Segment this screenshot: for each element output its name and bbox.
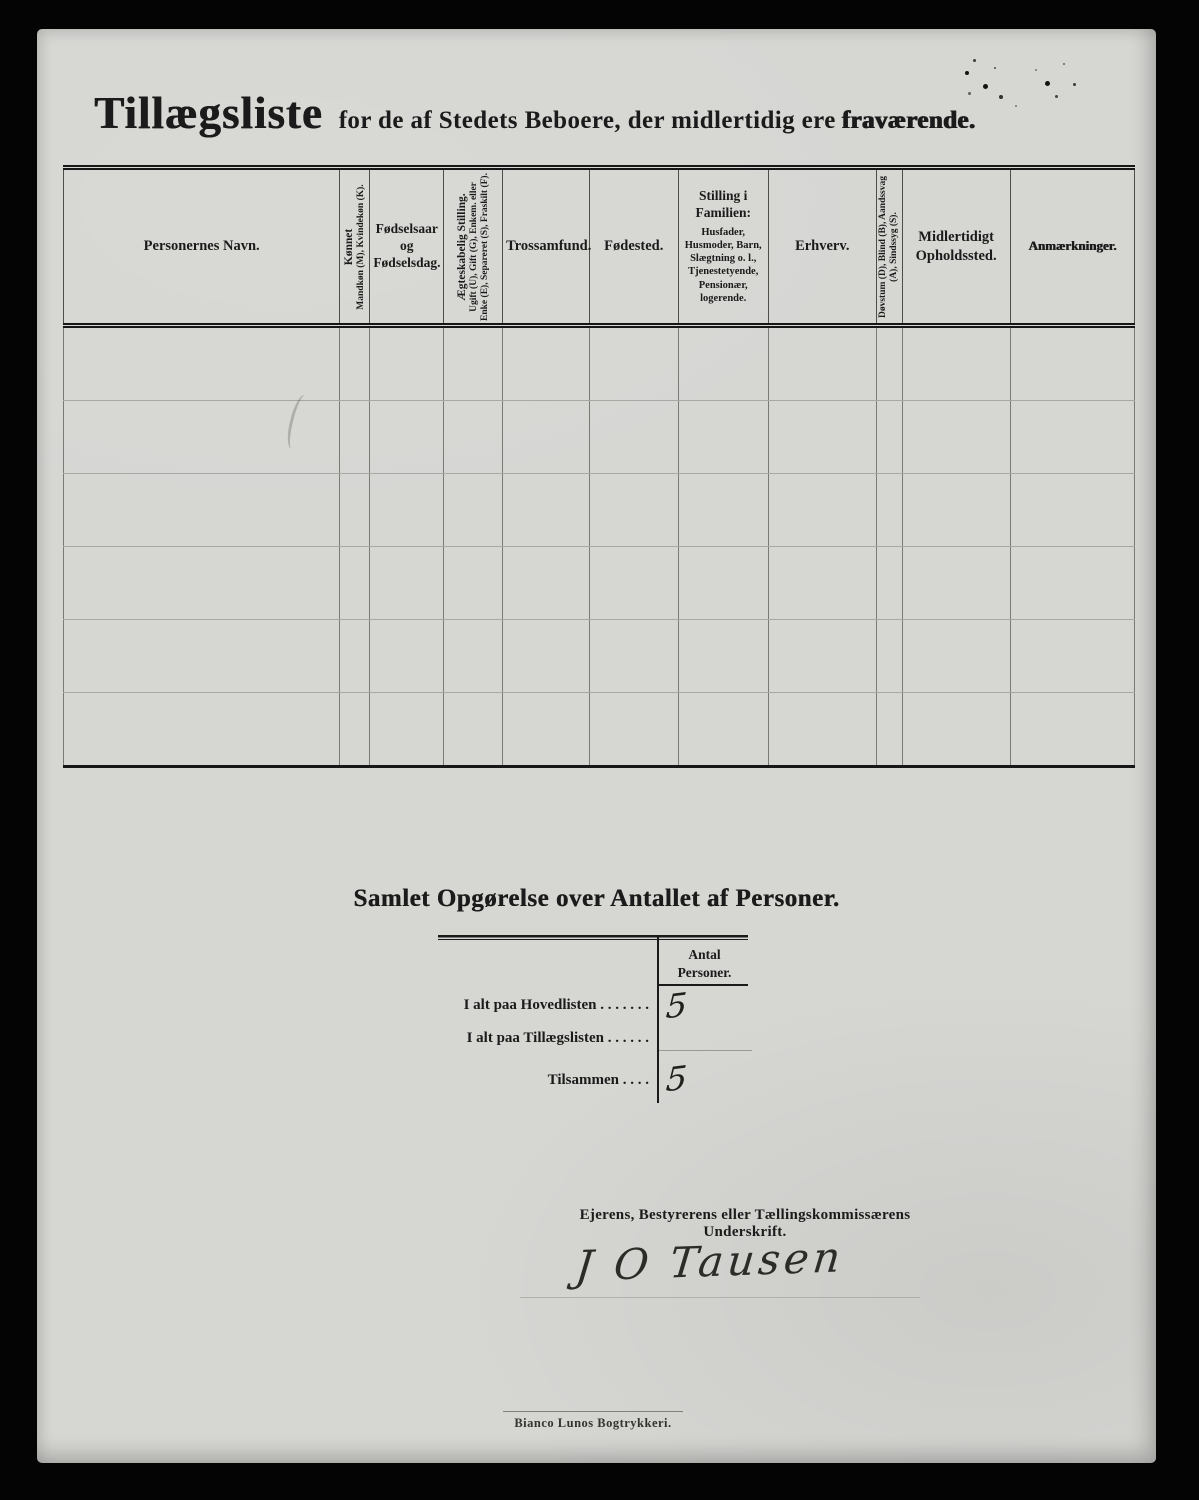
empty-cell: [768, 620, 876, 693]
empty-cell: [444, 620, 503, 693]
empty-cell: [678, 693, 768, 767]
empty-cell: [370, 547, 444, 620]
column-header-koennet: Kønnet Mandkøn (M), Kvindekøn (K).: [340, 168, 370, 326]
column-header-foedselsaar: Fødselsaar og Fødselsdag.: [370, 168, 444, 326]
empty-cell: [503, 547, 590, 620]
summary-thin-rule: [659, 1050, 752, 1051]
empty-cell: [340, 693, 370, 767]
empty-cell: [503, 620, 590, 693]
ink-spot: [983, 84, 988, 89]
scanned-form-page: Tillægsliste for de af Stedets Beboere, …: [37, 29, 1156, 1463]
handwritten-value-tilsammen: 5: [665, 1058, 689, 1099]
empty-cell: [768, 693, 876, 767]
empty-cell: [64, 547, 340, 620]
title-subtitle: for de af Stedets Beboere, der midlertid…: [339, 107, 976, 135]
column-label: Fødselsaar og Fødselsdag.: [373, 221, 440, 272]
summary-table: Antal Personer. I alt paa Hovedlisten . …: [438, 935, 748, 1103]
empty-cell: [902, 693, 1010, 767]
imprint-rule: [503, 1411, 683, 1412]
ink-spot: [1045, 81, 1050, 86]
empty-cell: [503, 693, 590, 767]
column-label: Trossamfund.: [506, 237, 586, 255]
empty-cell: [876, 326, 902, 401]
summary-count-header: Antal Personer.: [661, 946, 748, 982]
empty-cell: [902, 620, 1010, 693]
column-header-erhverv: Erhverv.: [768, 168, 876, 326]
empty-cell: [503, 326, 590, 401]
empty-cell: [1010, 326, 1134, 401]
table-empty-row: [64, 547, 1135, 620]
table-empty-row: [64, 326, 1135, 401]
column-header-aegteskabelig-stilling: Ægteskabelig Stilling. Ugift (U), Gift (…: [444, 168, 503, 326]
empty-cell: [589, 547, 678, 620]
empty-cell: [589, 474, 678, 547]
ink-spot: [1063, 63, 1065, 65]
column-header-stilling-i-familien: Stilling i Familien: Husfader, Husmoder,…: [678, 168, 768, 326]
empty-cell: [589, 620, 678, 693]
empty-cell: [902, 547, 1010, 620]
empty-cell: [902, 401, 1010, 474]
empty-cell: [1010, 474, 1134, 547]
empty-cell: [370, 474, 444, 547]
empty-cell: [444, 547, 503, 620]
empty-cell: [902, 474, 1010, 547]
table-empty-row: [64, 693, 1135, 767]
empty-cell: [503, 401, 590, 474]
title-emphasis: fraværende.: [842, 107, 976, 134]
table-empty-row: [64, 401, 1135, 474]
ink-spot: [994, 67, 996, 69]
empty-cell: [370, 326, 444, 401]
empty-cell: [768, 401, 876, 474]
empty-cell: [64, 326, 340, 401]
empty-cell: [678, 474, 768, 547]
column-header-midlertidigt-opholdssted: Midlertidigt Opholdssted.: [902, 168, 1010, 326]
empty-cell: [444, 693, 503, 767]
ink-spot: [999, 95, 1003, 99]
empty-cell: [340, 326, 370, 401]
column-label: Anmærkninger.: [1014, 238, 1131, 254]
vertical-label: Døvstum (D), Blind (B), Aandssvag (A), S…: [878, 172, 900, 322]
empty-cell: [370, 401, 444, 474]
signature-name: J O Tausen: [563, 1232, 858, 1291]
ink-spot: [1055, 95, 1058, 98]
empty-cell: [589, 401, 678, 474]
empty-cell: [444, 326, 503, 401]
column-header-anmaerkninger: Anmærkninger.: [1010, 168, 1134, 326]
column-label: Personernes Navn.: [67, 237, 336, 255]
empty-cell: [340, 620, 370, 693]
empty-cell: [444, 401, 503, 474]
title-main: Tillægsliste: [94, 87, 323, 139]
empty-cell: [64, 620, 340, 693]
summary-heading: Samlet Opgørelse over Antallet af Person…: [37, 885, 1156, 913]
table-header-row: Personernes Navn. Kønnet Mandkøn (M), Kv…: [64, 168, 1135, 326]
form-title: Tillægsliste for de af Stedets Beboere, …: [94, 87, 976, 139]
summary-top-rule: [438, 935, 748, 941]
empty-cell: [902, 326, 1010, 401]
empty-cell: [876, 693, 902, 767]
empty-cell: [1010, 547, 1134, 620]
summary-header-rule: [659, 984, 748, 986]
summary-row-label-hovedlisten: I alt paa Hovedlisten . . . . . . .: [438, 997, 649, 1014]
census-table: Personernes Navn. Kønnet Mandkøn (M), Kv…: [63, 165, 1135, 768]
title-subtitle-text: for de af Stedets Beboere, der midlertid…: [339, 107, 836, 134]
empty-cell: [876, 547, 902, 620]
imprint: Bianco Lunos Bogtrykkeri.: [483, 1411, 703, 1431]
empty-cell: [1010, 693, 1134, 767]
page-background: { "header": { "title_main": "Tillægslist…: [0, 0, 1199, 1500]
empty-cell: [370, 620, 444, 693]
empty-cell: [503, 474, 590, 547]
signature-underline: [520, 1297, 920, 1298]
table-body: [64, 326, 1135, 767]
empty-cell: [768, 547, 876, 620]
empty-cell: [1010, 401, 1134, 474]
summary-row-label-tillaegslisten: I alt paa Tillægslisten . . . . . .: [438, 1030, 649, 1047]
column-sublabel: Husfader, Husmoder, Barn, Slægtning o. l…: [682, 226, 765, 305]
empty-cell: [340, 547, 370, 620]
column-label: Fødested.: [593, 237, 675, 255]
empty-cell: [678, 620, 768, 693]
empty-cell: [768, 326, 876, 401]
ink-spot: [1015, 105, 1017, 107]
column-label: Midlertidigt Opholdssted.: [906, 228, 1007, 264]
column-header-trossamfund: Trossamfund.: [503, 168, 590, 326]
ink-spot: [973, 59, 976, 62]
empty-cell: [678, 401, 768, 474]
column-label: Stilling i Familien:: [682, 188, 765, 222]
handwritten-value-hovedlisten: 5: [665, 985, 689, 1026]
empty-cell: [876, 401, 902, 474]
empty-cell: [876, 474, 902, 547]
vertical-label: Kønnet Mandkøn (M), Kvindekøn (K).: [343, 172, 367, 322]
empty-cell: [444, 474, 503, 547]
column-header-foedested: Fødested.: [589, 168, 678, 326]
table-empty-row: [64, 474, 1135, 547]
empty-cell: [64, 693, 340, 767]
ink-spot: [1035, 69, 1037, 71]
ink-spot: [965, 71, 969, 75]
imprint-text: Bianco Lunos Bogtrykkeri.: [483, 1416, 703, 1431]
empty-cell: [678, 547, 768, 620]
empty-cell: [678, 326, 768, 401]
empty-cell: [589, 326, 678, 401]
column-label: Erhverv.: [772, 237, 873, 255]
summary-vertical-rule: [657, 937, 659, 1103]
table-empty-row: [64, 620, 1135, 693]
empty-cell: [768, 474, 876, 547]
empty-cell: [589, 693, 678, 767]
summary-row-label-tilsammen: Tilsammen . . . .: [438, 1072, 649, 1089]
column-header-personernes-navn: Personernes Navn.: [64, 168, 340, 326]
empty-cell: [340, 401, 370, 474]
vertical-label: Ægteskabelig Stilling. Ugift (U), Gift (…: [456, 172, 490, 322]
empty-cell: [64, 474, 340, 547]
empty-cell: [370, 693, 444, 767]
empty-cell: [1010, 620, 1134, 693]
empty-cell: [340, 474, 370, 547]
column-header-doevstum: Døvstum (D), Blind (B), Aandssvag (A), S…: [876, 168, 902, 326]
empty-cell: [876, 620, 902, 693]
ink-spot: [1073, 83, 1076, 86]
